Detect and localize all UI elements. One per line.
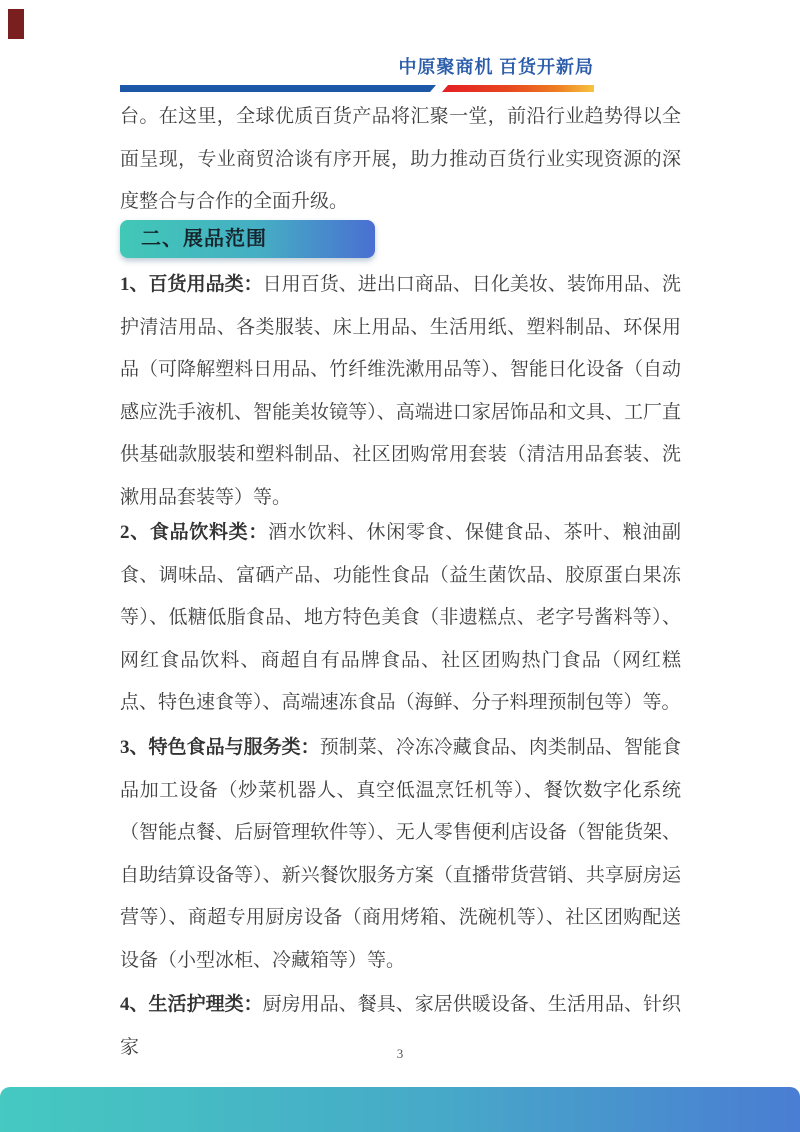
- corner-mark: [8, 9, 24, 39]
- footer-gradient-bar: [0, 1087, 800, 1132]
- intro-paragraph-text: 台。在这里，全球优质百货产品将汇聚一堂，前沿行业趋势得以全面呈现，专业商贸洽谈有…: [120, 106, 681, 212]
- header-rule-blue-segment: [120, 85, 436, 92]
- header-divider-rule: [120, 85, 594, 92]
- section-heading-label: 二、展品范围: [120, 220, 267, 258]
- header-rule-red-yellow-segment: [442, 85, 594, 92]
- paragraph-goods-category-lead: 1、百货用品类：: [120, 274, 263, 295]
- paragraph-life-care-lead: 4、生活护理类：: [120, 994, 263, 1015]
- page-number: 3: [0, 1044, 800, 1064]
- paragraph-food-beverage-category: 2、食品饮料类：酒水饮料、休闲零食、保健食品、茶叶、粮油副食、调味品、富硒产品、…: [120, 512, 681, 725]
- paragraph-goods-category-text: 日用百货、进出口商品、日化美妆、装饰用品、洗护清洁用品、各类服装、床上用品、生活…: [120, 274, 681, 508]
- paragraph-specialty-food-service-category: 3、特色食品与服务类：预制菜、冷冻冷藏食品、肉类制品、智能食品加工设备（炒菜机器…: [120, 727, 681, 982]
- paragraph-specialty-food-service-text: 预制菜、冷冻冷藏食品、肉类制品、智能食品加工设备（炒菜机器人、真空低温烹饪机等）…: [120, 737, 681, 971]
- paragraph-specialty-food-service-lead: 3、特色食品与服务类：: [120, 737, 320, 758]
- paragraph-food-beverage-lead: 2、食品饮料类：: [120, 522, 268, 543]
- intro-paragraph: 台。在这里，全球优质百货产品将汇聚一堂，前沿行业趋势得以全面呈现，专业商贸洽谈有…: [120, 96, 681, 224]
- paragraph-goods-category: 1、百货用品类：日用百货、进出口商品、日化美妆、装饰用品、洗护清洁用品、各类服装…: [120, 264, 681, 519]
- section-heading-badge: 二、展品范围: [120, 220, 375, 258]
- paragraph-food-beverage-text: 酒水饮料、休闲零食、保健食品、茶叶、粮油副食、调味品、富硒产品、功能性食品（益生…: [120, 522, 681, 713]
- page-header-title: 中原聚商机 百货开新局: [120, 52, 594, 82]
